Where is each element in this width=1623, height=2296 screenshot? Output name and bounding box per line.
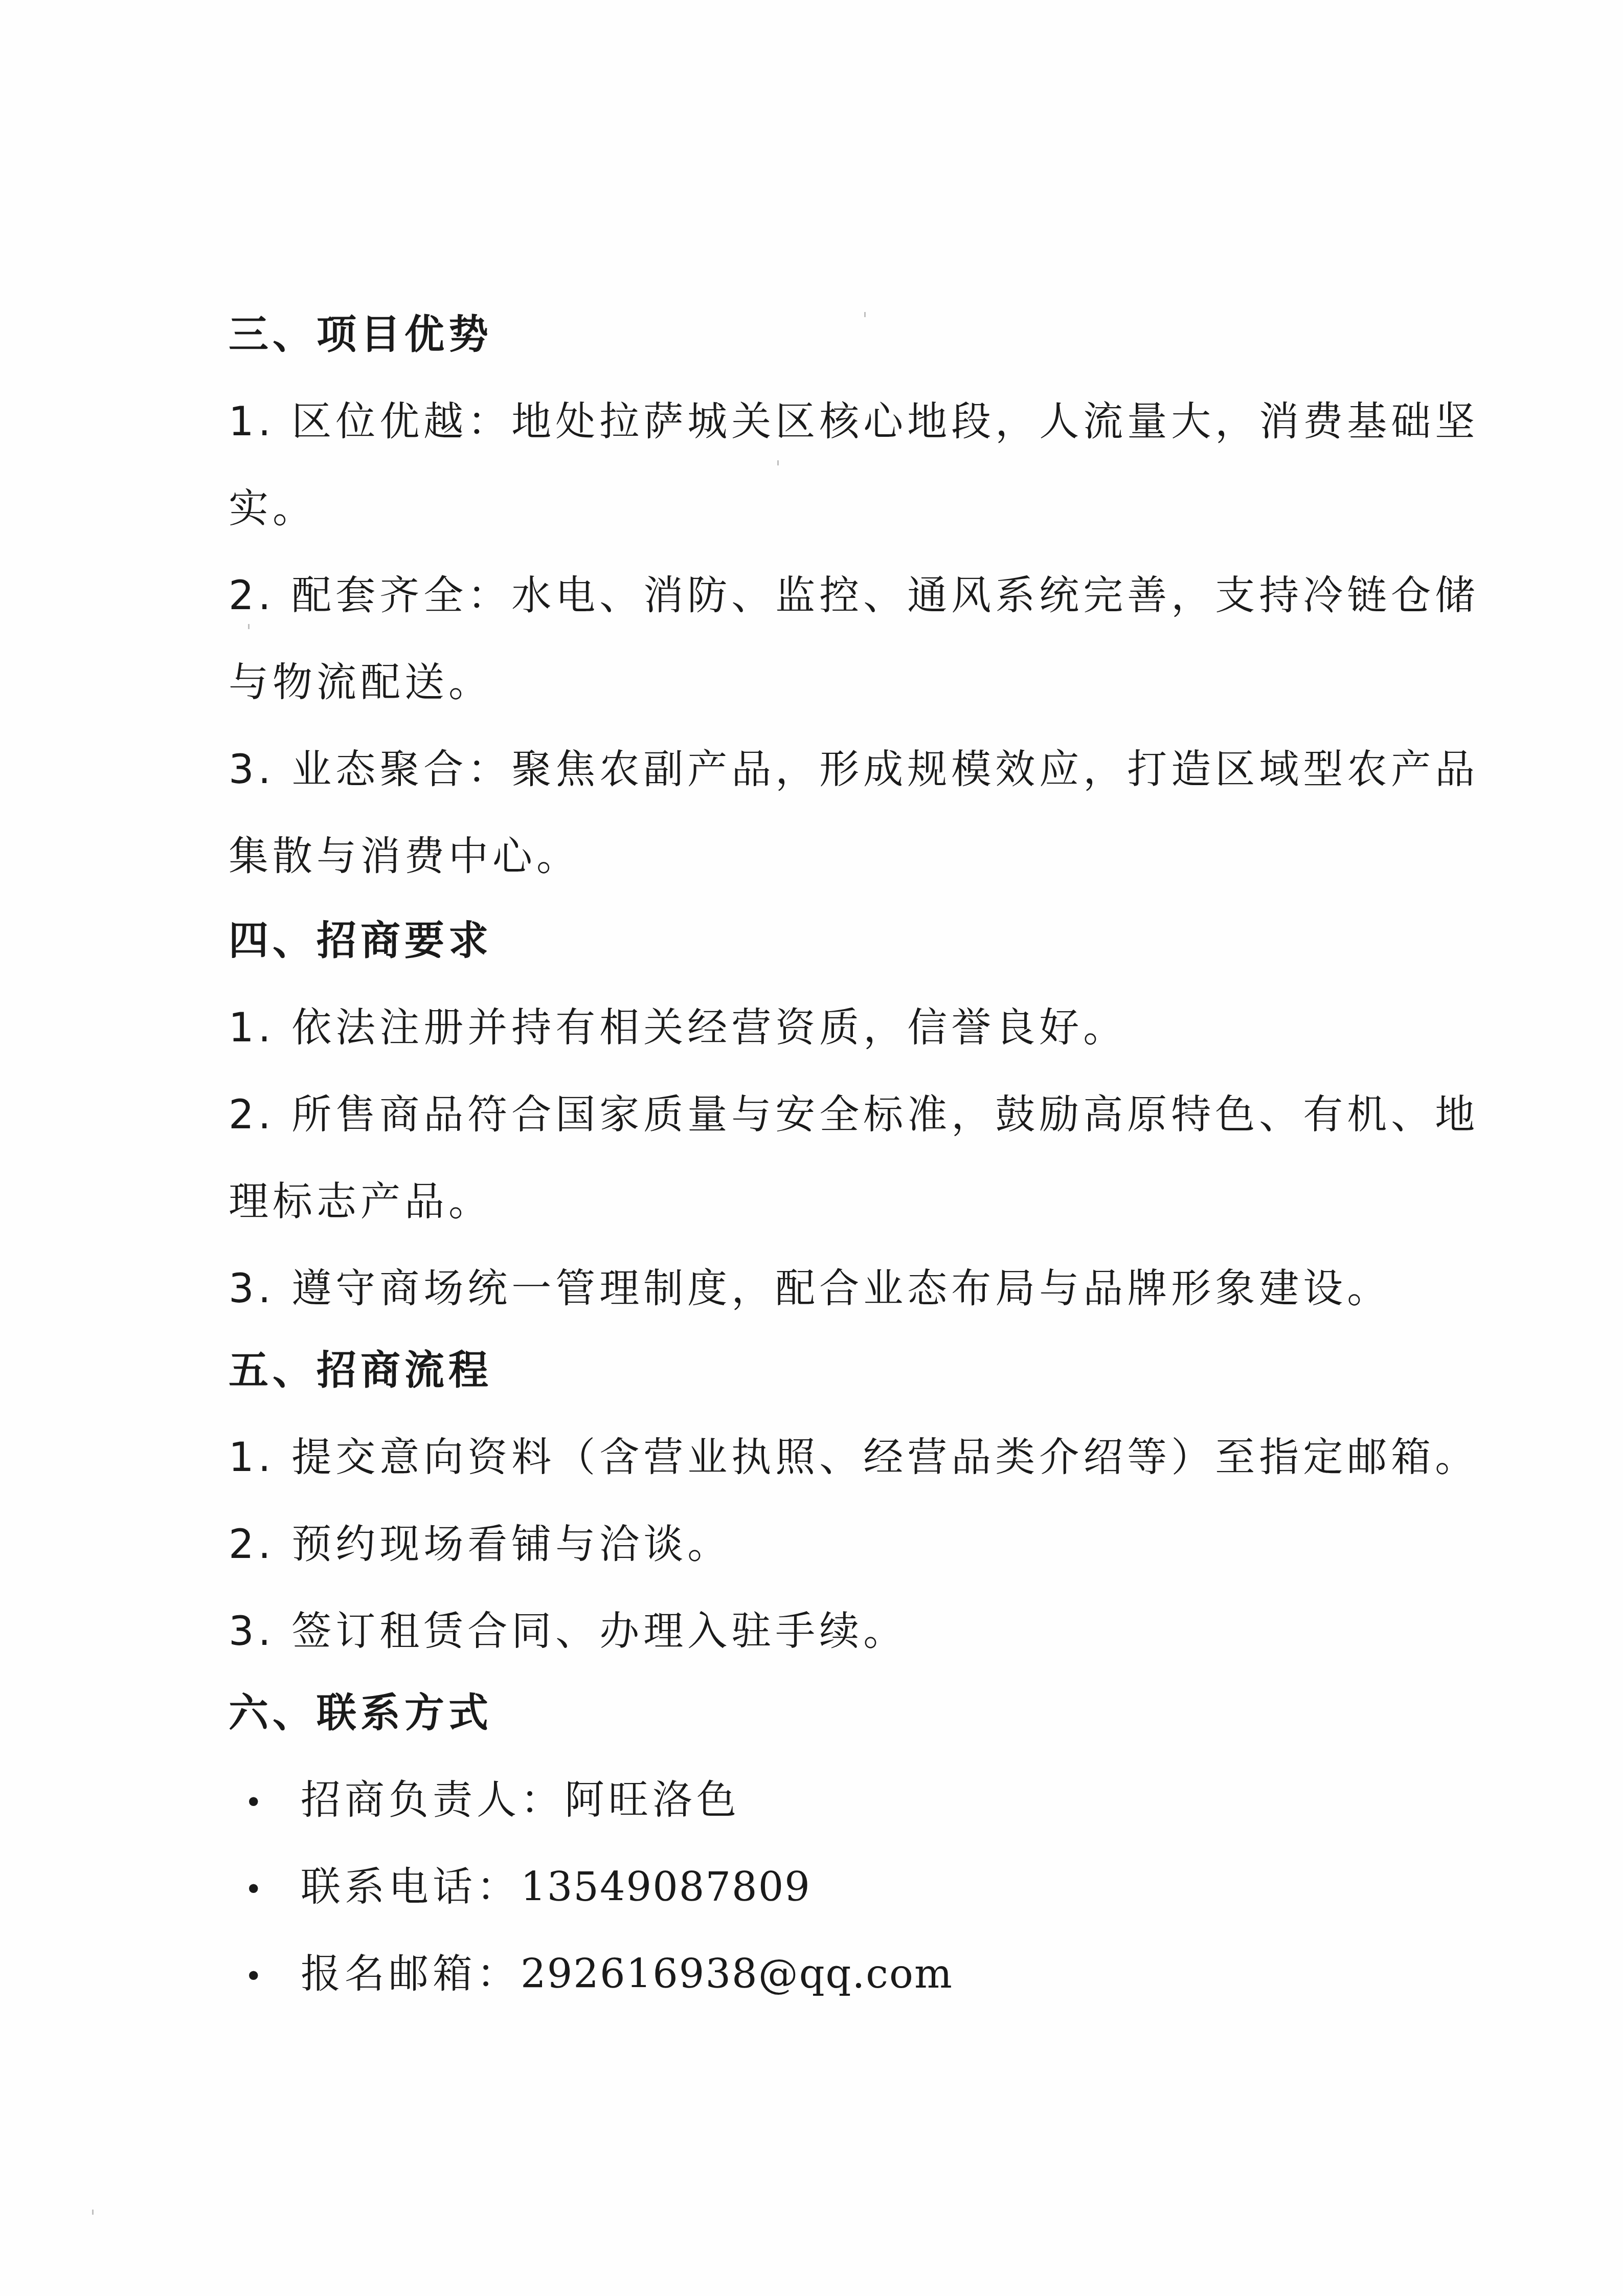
scan-speck: [248, 624, 250, 629]
advantage-item-1-line2: 实。: [229, 483, 317, 534]
process-item-3: 3. 签订租赁合同、办理入驻手续。: [229, 1606, 907, 1657]
contact-person-row: •招商负责人：阿旺洛色: [244, 1775, 740, 1829]
contact-phone-row: •联系电话：13549087809: [244, 1862, 811, 1915]
requirement-item-2-line1: 2. 所售商品符合国家质量与安全标准，鼓励高原特色、有机、地: [229, 1089, 1479, 1141]
bullet-icon: •: [244, 1951, 301, 2002]
requirement-item-3: 3. 遵守商场统一管理制度，配合业态布局与品牌形象建设。: [229, 1263, 1391, 1314]
advantage-item-1-line1: 1. 区位优越：地处拉萨城关区核心地段，人流量大，消费基础坚: [229, 396, 1479, 448]
section-heading-contact: 六、联系方式: [229, 1688, 492, 1739]
advantage-item-2-line1: 2. 配套齐全：水电、消防、监控、通风系统完善，支持冷链仓储: [229, 570, 1479, 621]
advantage-item-3-line2: 集散与消费中心。: [229, 831, 580, 882]
scan-speck: [864, 312, 866, 317]
contact-email-row: •报名邮箱：292616938@qq.com: [244, 1949, 953, 2002]
contact-email-label: 报名邮箱：: [301, 1951, 521, 1997]
contact-phone-value: 13549087809: [521, 1864, 811, 1910]
advantage-item-3-line1: 3. 业态聚合：聚焦农副产品，形成规模效应，打造区域型农产品: [229, 744, 1479, 795]
scan-speck: [777, 460, 779, 465]
scan-speck: [92, 2210, 94, 2215]
section-heading-advantages: 三、项目优势: [229, 309, 492, 361]
requirement-item-1: 1. 依法注册并持有相关经营资质，信誉良好。: [229, 1002, 1127, 1054]
bullet-icon: •: [244, 1864, 301, 1915]
process-item-1: 1. 提交意向资料（含营业执照、经营品类介绍等）至指定邮箱。: [229, 1432, 1479, 1483]
advantage-item-2-line2: 与物流配送。: [229, 657, 492, 708]
contact-phone-label: 联系电话：: [301, 1864, 521, 1910]
bullet-icon: •: [244, 1777, 301, 1829]
document-page: 三、项目优势 1. 区位优越：地处拉萨城关区核心地段，人流量大，消费基础坚 实。…: [0, 0, 1623, 2296]
section-heading-process: 五、招商流程: [229, 1345, 492, 1396]
contact-email-value: 292616938@qq.com: [521, 1951, 953, 1997]
section-heading-requirements: 四、招商要求: [229, 916, 492, 967]
contact-person-value: 阿旺洛色: [565, 1777, 740, 1823]
process-item-2: 2. 预约现场看铺与洽谈。: [229, 1519, 731, 1570]
contact-person-label: 招商负责人：: [301, 1777, 565, 1823]
requirement-item-2-line2: 理标志产品。: [229, 1176, 492, 1228]
